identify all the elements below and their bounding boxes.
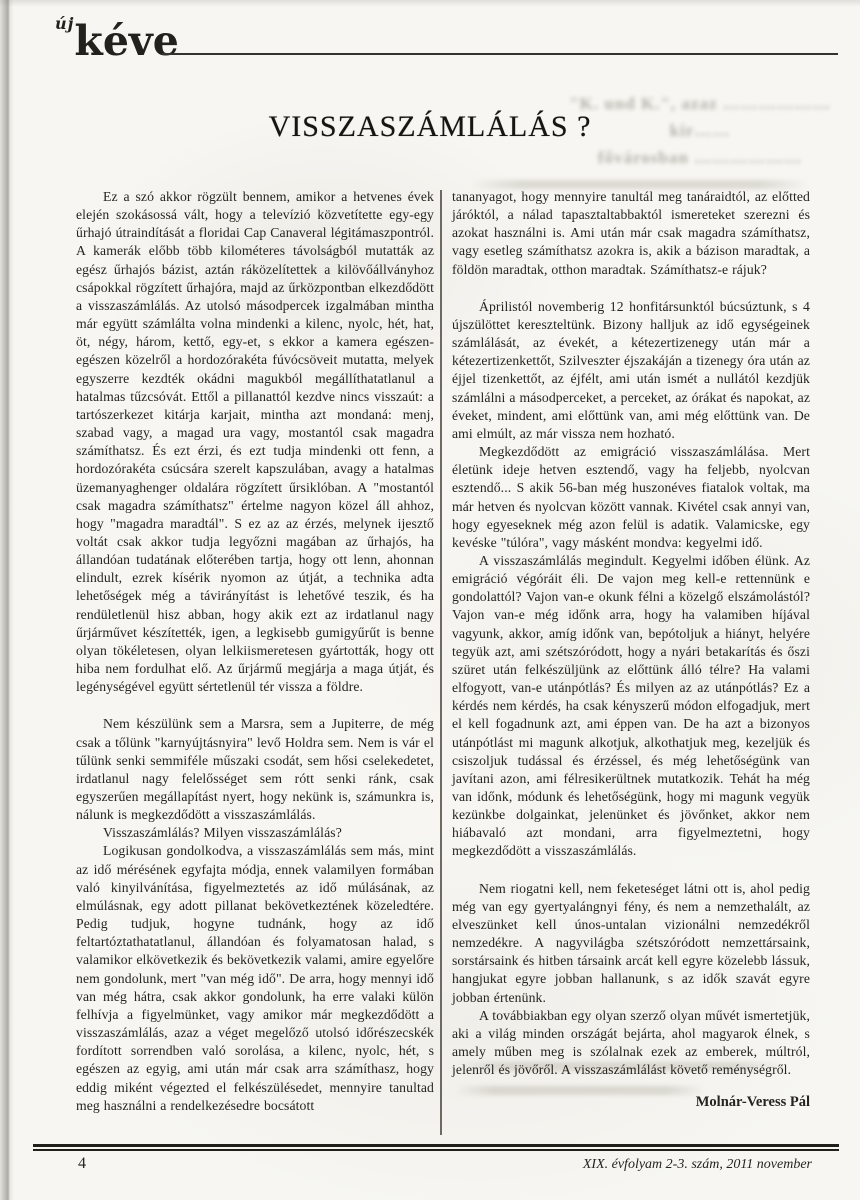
footer-double-rule — [33, 1144, 839, 1151]
paragraph: tananyagot, hogy mennyire tanultál meg t… — [452, 188, 810, 279]
masthead-name: kéve — [74, 17, 178, 65]
page-number: 4 — [78, 1155, 86, 1173]
scan-edge-shadow — [0, 0, 14, 1200]
paragraph: A visszaszámlálás megindult. Kegyelmi id… — [452, 552, 810, 861]
left-column: Ez a szó akkor rögzült bennem, amikor a … — [76, 188, 434, 1115]
paragraph: Áprilistól novemberig 12 honfitársunktól… — [452, 298, 810, 443]
author-signature: Molnár-Veress Pál — [452, 1093, 810, 1111]
masthead-logo: újkéve — [55, 14, 179, 65]
masthead-prefix: új — [55, 14, 74, 33]
column-divider-rule — [440, 190, 442, 1135]
article-title: VISSZASZÁMLÁLÁS ? — [0, 110, 860, 144]
footer-issue-line: XIX. évfolyam 2-3. szám, 2011 november — [583, 1157, 812, 1173]
paragraph: Nem készülünk sem a Marsra, sem a Jupite… — [76, 715, 434, 824]
paragraph: Visszaszámlálás? Milyen visszaszámlálás? — [76, 824, 434, 842]
paragraph: Ez a szó akkor rögzült bennem, amikor a … — [76, 188, 434, 696]
paragraph: Megkezdődött az emigráció visszaszámlálá… — [452, 443, 810, 552]
masthead-rule — [162, 53, 838, 55]
paragraph: A továbbiakban egy olyan szerző olyan mű… — [452, 1007, 810, 1080]
paragraph: Nem riogatni kell, nem feketeséget látni… — [452, 880, 810, 1007]
bleedthrough-line: fővárosban ……………… — [565, 144, 835, 171]
paragraph: Logikusan gondolkodva, a visszaszámlálás… — [76, 842, 434, 1114]
right-column: tananyagot, hogy mennyire tanultál meg t… — [452, 188, 810, 1112]
scanned-magazine-page: újkéve "K. und K.", azaz ……………… kir…… fő… — [0, 0, 860, 1200]
